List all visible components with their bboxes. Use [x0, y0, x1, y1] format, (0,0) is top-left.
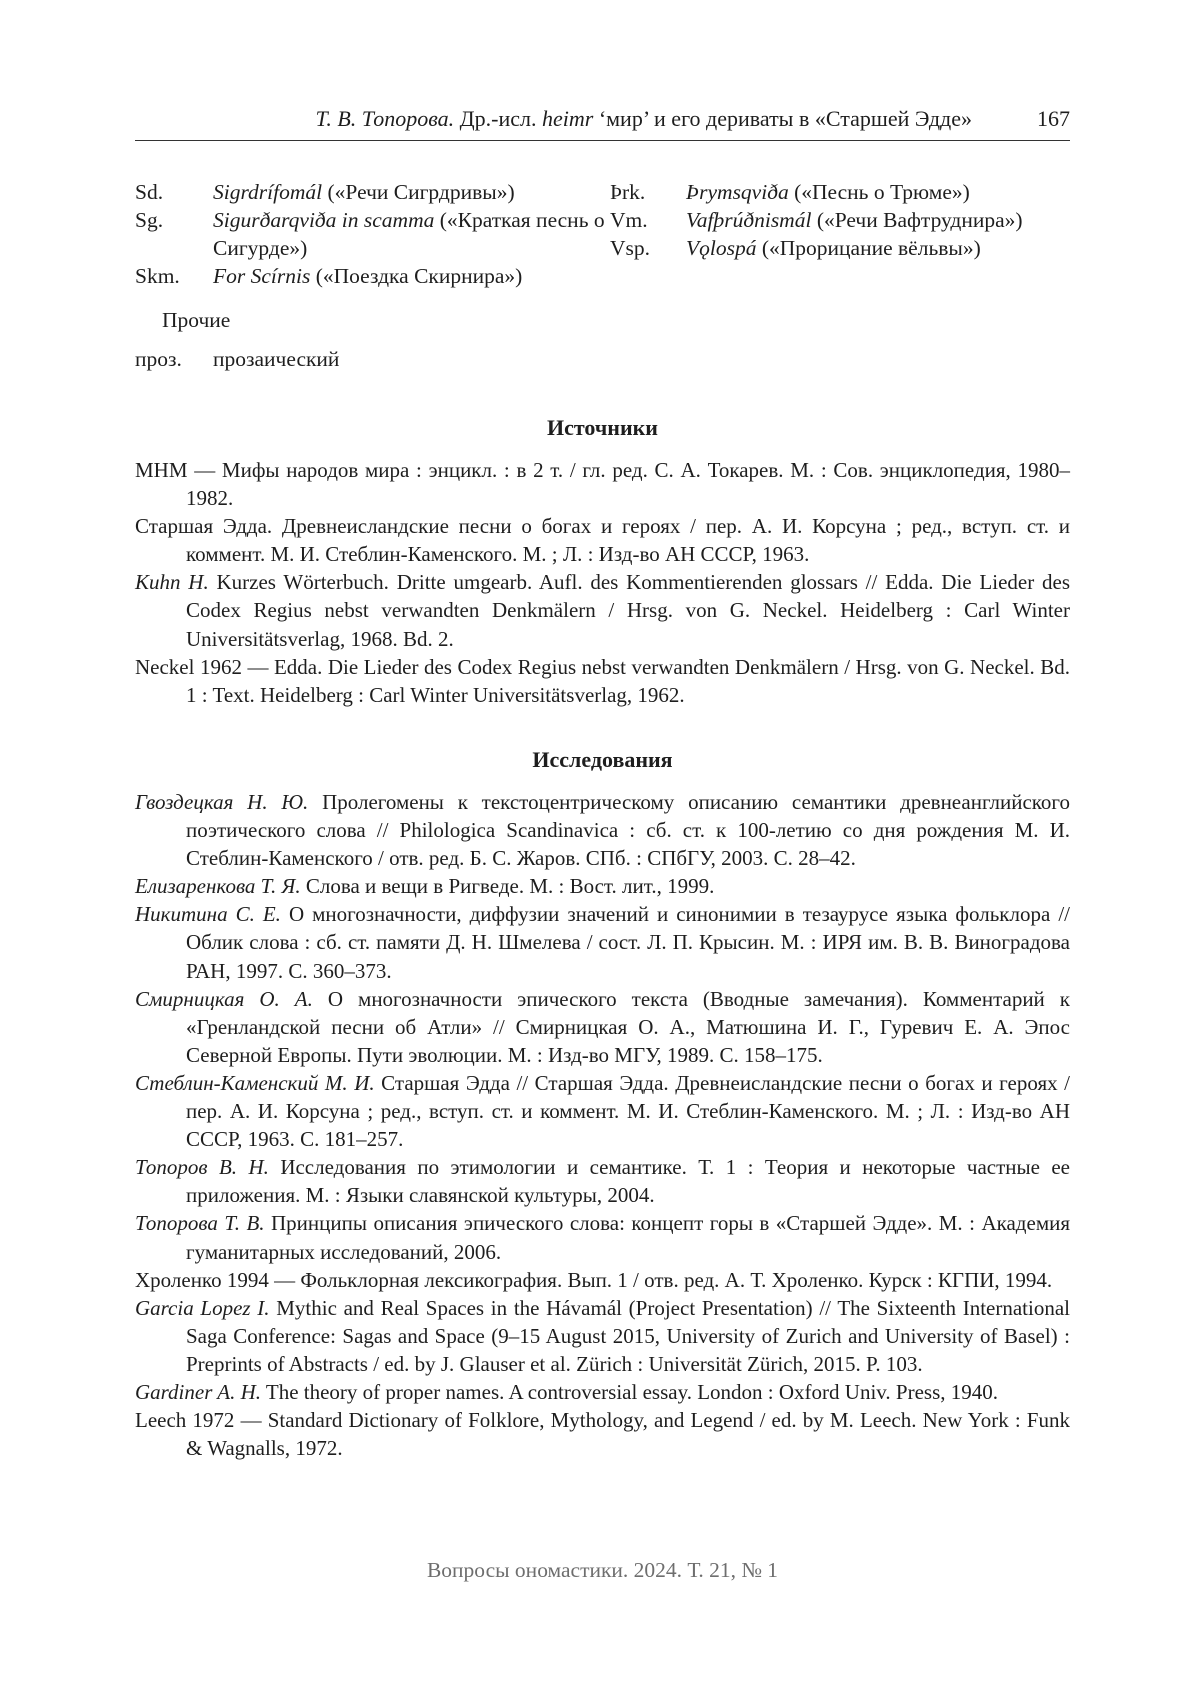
abbreviation-key: Vm. — [610, 206, 648, 234]
reference-text: Слова и вещи в Ригведе. М. : Вост. лит.,… — [301, 874, 715, 898]
reference-author: Никитина С. Е. — [135, 902, 281, 926]
header-rule — [135, 140, 1070, 141]
reference-author: Смирницкая О. А. — [135, 987, 313, 1011]
reference-text: Хроленко 1994 — Фольклорная лексикографи… — [135, 1268, 1052, 1292]
reference-text: Пролегомены к текстоцентрическому описан… — [186, 790, 1070, 870]
page-number: 167 — [1037, 104, 1070, 134]
reference-author: Gardiner A. H. — [135, 1380, 261, 1404]
running-head-author: Т. В. Топорова. — [315, 106, 454, 131]
reference-entry: Neckel 1962 — Edda. Die Lieder des Codex… — [135, 653, 1070, 709]
other-abbreviation-row: проз.прозаический — [135, 345, 339, 373]
journal-footer: Вопросы ономастики. 2024. Т. 21, № 1 — [135, 1555, 1070, 1585]
abbreviation-gloss: («Поездка Скирнира») — [310, 264, 522, 288]
studies-list: Гвоздецкая Н. Ю. Пролегомены к текстоцен… — [135, 788, 1070, 1462]
reference-author: Елизаренкова Т. Я. — [135, 874, 301, 898]
abbreviation-row: Skm.For Scírnis («Поездка Скирнира») — [135, 262, 605, 290]
abbreviation-title: For Scírnis — [213, 264, 310, 288]
other-abbreviations-label: Прочие — [162, 306, 230, 334]
studies-heading: Исследования — [135, 745, 1070, 775]
sources-list: МНМ — Мифы народов мира : энцикл. : в 2 … — [135, 456, 1070, 709]
reference-entry: Kuhn H. Kurzes Wörterbuch. Dritte umgear… — [135, 568, 1070, 652]
abbreviation-title: Þrymsqviða — [686, 180, 789, 204]
abbreviation-key: Skm. — [135, 262, 180, 290]
reference-text: The theory of proper names. A controvers… — [261, 1380, 998, 1404]
abbreviation-title: Vǫlospá — [686, 236, 756, 260]
reference-entry: Никитина С. Е. О многозначности, диффузи… — [135, 900, 1070, 984]
abbreviation-title: Sigrdrífomál — [213, 180, 322, 204]
abbreviations-left-column: Sd.Sigrdrífomál («Речи Сигрдривы»)Sg.Sig… — [135, 178, 605, 290]
reference-entry: Топоров В. Н. Исследования по этимологии… — [135, 1153, 1070, 1209]
reference-entry: Гвоздецкая Н. Ю. Пролегомены к текстоцен… — [135, 788, 1070, 872]
reference-entry: Стеблин-Каменский М. И. Старшая Эдда // … — [135, 1069, 1070, 1153]
reference-entry: Смирницкая О. А. О многозначности эпичес… — [135, 985, 1070, 1069]
reference-entry: Топорова Т. В. Принципы описания эпическ… — [135, 1209, 1070, 1265]
reference-entry: Leech 1972 — Standard Dictionary of Folk… — [135, 1406, 1070, 1462]
reference-text: О многозначности, диффузии значений и си… — [186, 902, 1070, 982]
abbreviation-key: проз. — [135, 345, 213, 373]
reference-author: Топоров В. Н. — [135, 1155, 269, 1179]
reference-entry: Хроленко 1994 — Фольклорная лексикографи… — [135, 1266, 1070, 1294]
reference-text: МНМ — Мифы народов мира : энцикл. : в 2 … — [135, 458, 1070, 510]
reference-entry: Елизаренкова Т. Я. Слова и вещи в Ригвед… — [135, 872, 1070, 900]
abbreviation-row: Vsp.Vǫlospá («Прорицание вёльвы») — [610, 234, 1080, 262]
running-head-title: Т. В. Топорова. Др.-исл. heimr ‘мир’ и е… — [315, 104, 972, 134]
abbreviation-key: Þrk. — [610, 178, 645, 206]
reference-entry: Gardiner A. H. The theory of proper name… — [135, 1378, 1070, 1406]
abbreviation-gloss: («Прорицание вёльвы») — [756, 236, 980, 260]
abbreviation-row: Sg.Sigurðarqviða in scamma («Краткая пес… — [135, 206, 605, 262]
abbreviation-gloss: («Речи Сигрдривы») — [322, 180, 515, 204]
reference-text: О многозначности эпического текста (Ввод… — [186, 987, 1070, 1067]
abbreviation-row: Vm.Vafþrúðnismál («Речи Вафтруднира») — [610, 206, 1080, 234]
abbreviation-gloss: («Песнь о Трюме») — [789, 180, 970, 204]
reference-text: Leech 1972 — Standard Dictionary of Folk… — [135, 1408, 1070, 1460]
abbreviation-gloss: («Речи Вафтруднира») — [811, 208, 1022, 232]
reference-text: Kurzes Wörterbuch. Dritte umgearb. Aufl.… — [186, 570, 1070, 650]
abbreviation-value: прозаический — [213, 347, 339, 371]
reference-entry: Старшая Эдда. Древнеисландские песни о б… — [135, 512, 1070, 568]
reference-author: Топорова Т. В. — [135, 1211, 265, 1235]
reference-text: Старшая Эдда. Древнеисландские песни о б… — [135, 514, 1070, 566]
reference-author: Стеблин-Каменский М. И. — [135, 1071, 375, 1095]
abbreviation-title: Sigurðarqviða in scamma — [213, 208, 434, 232]
abbreviation-row: Sd.Sigrdrífomál («Речи Сигрдривы») — [135, 178, 605, 206]
abbreviation-row: Þrk.Þrymsqviða («Песнь о Трюме») — [610, 178, 1080, 206]
reference-text: Принципы описания эпического слова: конц… — [186, 1211, 1070, 1263]
running-head: Т. В. Топорова. Др.-исл. heimr ‘мир’ и е… — [135, 104, 1070, 134]
reference-text: Исследования по этимологии и семантике. … — [186, 1155, 1070, 1207]
abbreviation-key: Vsp. — [610, 234, 650, 262]
reference-text: Neckel 1962 — Edda. Die Lieder des Codex… — [135, 655, 1070, 707]
abbreviations-right-column: Þrk.Þrymsqviða («Песнь о Трюме»)Vm.Vafþr… — [610, 178, 1080, 262]
reference-text: Mythic and Real Spaces in the Hávamál (P… — [186, 1296, 1070, 1376]
abbreviation-key: Sg. — [135, 206, 163, 234]
reference-entry: Garcia Lopez I. Mythic and Real Spaces i… — [135, 1294, 1070, 1378]
reference-entry: МНМ — Мифы народов мира : энцикл. : в 2 … — [135, 456, 1070, 512]
reference-author: Garcia Lopez I. — [135, 1296, 270, 1320]
reference-author: Гвоздецкая Н. Ю. — [135, 790, 308, 814]
abbreviation-title: Vafþrúðnismál — [686, 208, 811, 232]
reference-author: Kuhn H. — [135, 570, 209, 594]
sources-heading: Источники — [135, 413, 1070, 443]
abbreviation-key: Sd. — [135, 178, 163, 206]
